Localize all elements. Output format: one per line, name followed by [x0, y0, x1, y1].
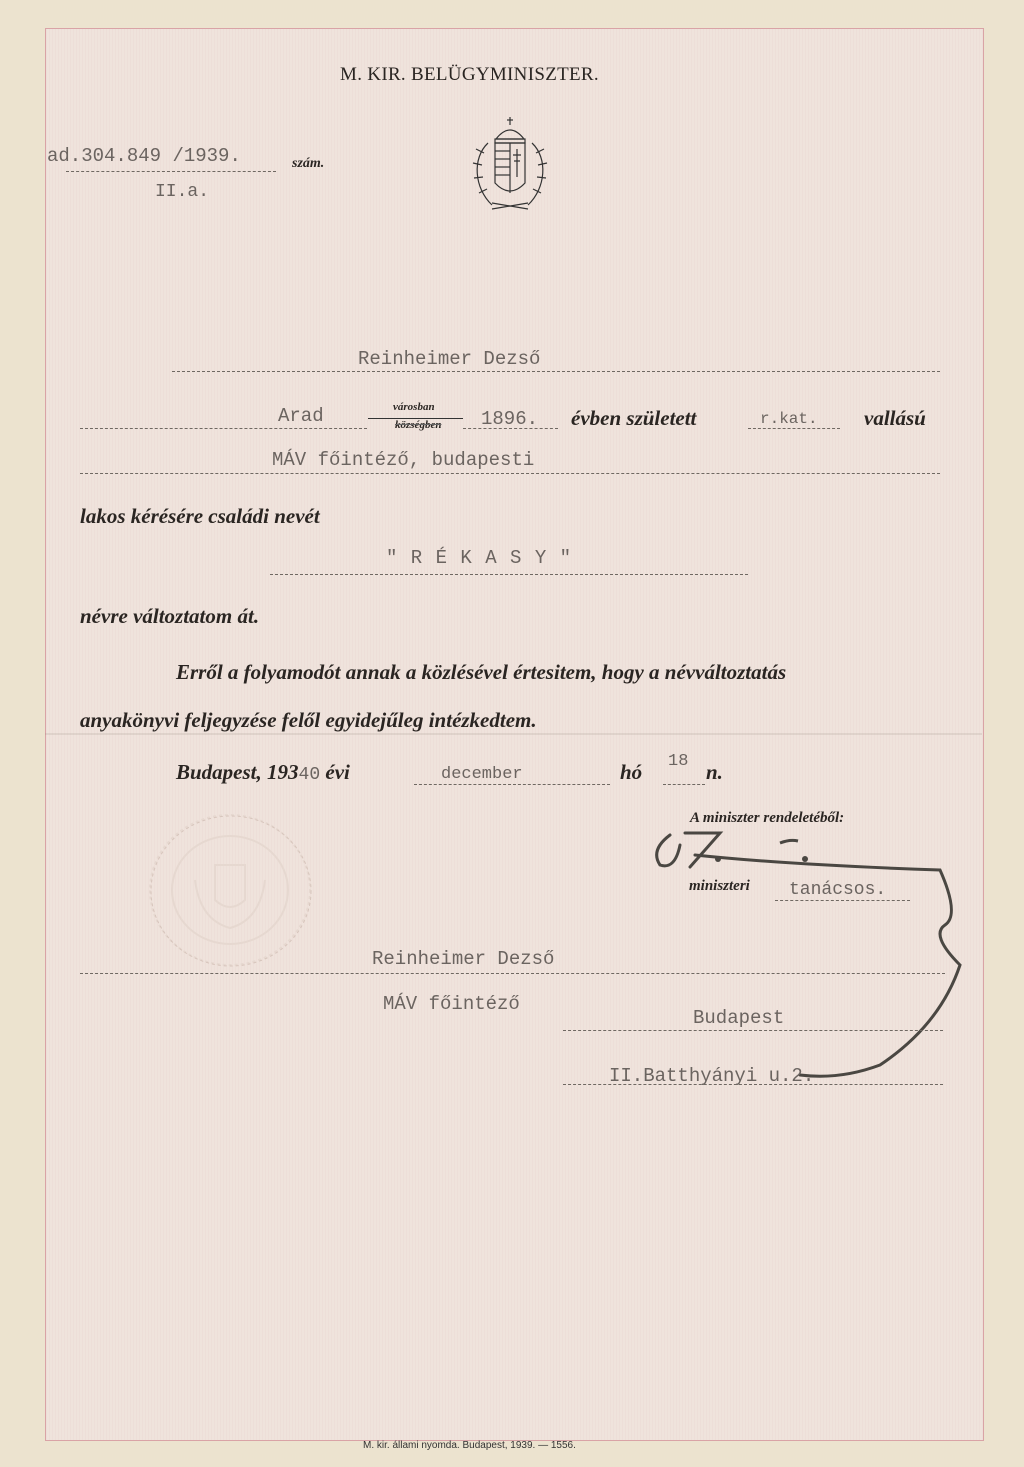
- religion-line: [748, 428, 840, 429]
- applicant-name-line: [172, 371, 940, 372]
- occupation-residence: MÁV főintéző, budapesti: [272, 449, 534, 471]
- file-number-prefix: ad.: [47, 145, 81, 167]
- signature-title-prefix: miniszteri: [689, 878, 750, 895]
- notice-paragraph-line1: Erről a folyamodót annak a közlésével ér…: [176, 660, 786, 685]
- address-name: Reinheimer Dezső: [372, 948, 554, 970]
- file-number-value: 304.849: [81, 145, 161, 167]
- signature-title: tanácsos.: [789, 880, 886, 900]
- department-code: II.a.: [155, 182, 209, 202]
- file-year: /1939.: [172, 145, 240, 167]
- birth-year: 1896.: [481, 408, 538, 430]
- address-occupation: MÁV főintéző: [383, 993, 520, 1015]
- file-number-underline: [66, 171, 276, 172]
- new-surname: " R É K A S Y ": [386, 547, 572, 569]
- religion: r.kat.: [760, 410, 818, 428]
- born-text: évben született: [571, 406, 696, 431]
- religion-suffix: vallású: [864, 406, 926, 431]
- embossed-ministry-seal-icon: [145, 810, 315, 970]
- file-number: ad.304.849 /1939.: [47, 145, 241, 167]
- address-city-line: [563, 1030, 943, 1031]
- date-day: 18: [668, 752, 688, 771]
- date-n: n.: [706, 760, 723, 785]
- birth-year-line: [463, 428, 558, 429]
- occupation-line: [80, 473, 940, 474]
- file-number-suffix: szám.: [292, 156, 324, 172]
- birthplace-line: [80, 428, 367, 429]
- date-month: december: [441, 765, 523, 784]
- address-street-line: [563, 1084, 943, 1085]
- date-ho: hó: [620, 760, 642, 785]
- fold-line: [45, 733, 982, 735]
- applicant-name: Reinheimer Dezső: [358, 348, 540, 370]
- address-name-line: [80, 973, 945, 974]
- signature-scribble-icon: [640, 825, 970, 1095]
- place-type-city: városban: [393, 401, 435, 413]
- date-month-line: [414, 784, 610, 785]
- date-year-digit: 40: [299, 765, 321, 785]
- date-city-year: Budapest, 193: [176, 760, 299, 784]
- date-line: Budapest, 19340 évi: [176, 760, 350, 785]
- date-evi: évi: [325, 760, 349, 784]
- request-text: lakos kérésére családi nevét: [80, 504, 320, 529]
- printer-imprint: M. kir. állami nyomda. Budapest, 1939. —…: [363, 1440, 576, 1451]
- date-day-line: [663, 784, 705, 785]
- place-type-village: községben: [395, 419, 441, 431]
- ministry-title: M. KIR. BELÜGYMINISZTER.: [340, 64, 599, 86]
- hungarian-coat-of-arms-icon: [462, 113, 558, 213]
- birthplace: Arad: [278, 405, 324, 427]
- change-text: névre változtatom át.: [80, 604, 259, 629]
- notice-paragraph-line2: anyakönyvi feljegyzése felől egyidejűleg…: [80, 708, 537, 733]
- address-city: Budapest: [693, 1007, 784, 1029]
- signature-title-line: [775, 900, 910, 901]
- new-surname-line: [270, 574, 748, 575]
